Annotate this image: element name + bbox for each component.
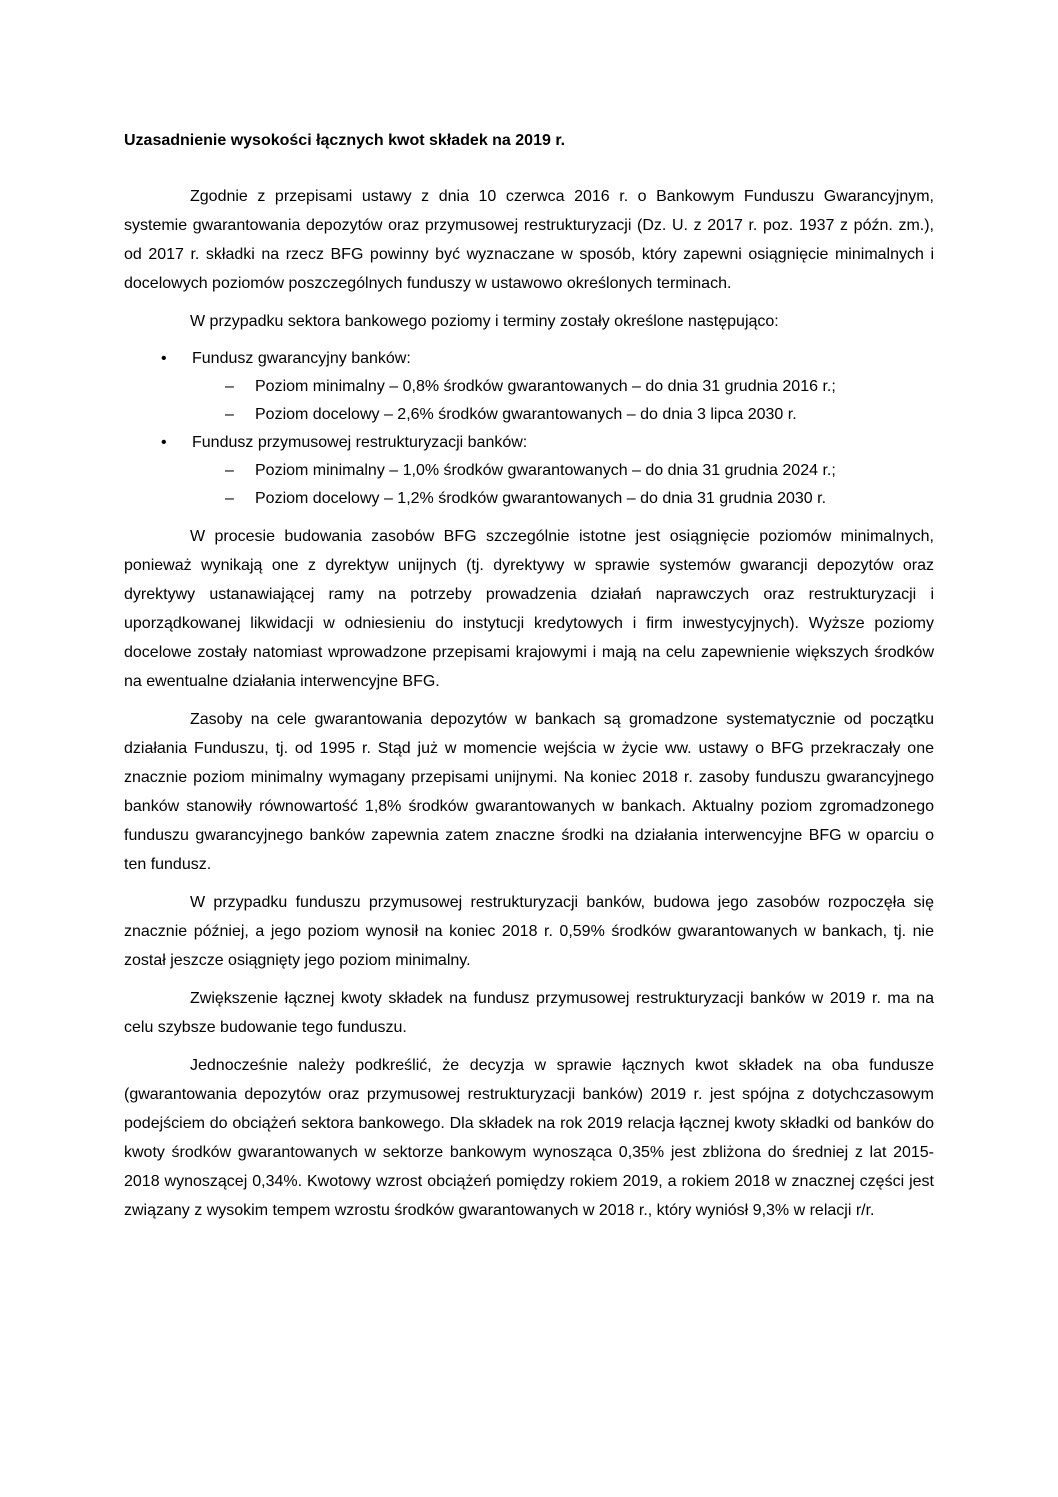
list-subitem-text: Poziom docelowy – 1,2% środków gwarantow… (255, 485, 934, 513)
document-page: Uzasadnienie wysokości łącznych kwot skł… (0, 0, 1058, 1497)
dash-icon: – (225, 373, 255, 401)
bullet-icon: • (161, 429, 192, 457)
list-item-label: Fundusz gwarancyjny banków: (192, 345, 934, 373)
list-item-label: Fundusz przymusowej restrukturyzacji ban… (192, 429, 934, 457)
paragraph-levels-intro: W przypadku sektora bankowego poziomy i … (124, 307, 934, 336)
list-subitem-text: Poziom docelowy – 2,6% środków gwarantow… (255, 401, 934, 429)
list-subitem-text: Poziom minimalny – 0,8% środków gwaranto… (255, 373, 934, 401)
list-subitem-restructuring-target: – Poziom docelowy – 1,2% środków gwarant… (124, 485, 934, 513)
paragraph-intro: Zgodnie z przepisami ustawy z dnia 10 cz… (124, 182, 934, 298)
list-subitem-text: Poziom minimalny – 1,0% środków gwaranto… (255, 457, 934, 485)
paragraph-conclusion: Jednocześnie należy podkreślić, że decyz… (124, 1051, 934, 1225)
paragraph-increase: Zwiększenie łącznej kwoty składek na fun… (124, 984, 934, 1042)
list-subitem-restructuring-min: – Poziom minimalny – 1,0% środków gwaran… (124, 457, 934, 485)
paragraph-resources: Zasoby na cele gwarantowania depozytów w… (124, 705, 934, 879)
document-title: Uzasadnienie wysokości łącznych kwot skł… (124, 126, 934, 155)
dash-icon: – (225, 457, 255, 485)
dash-icon: – (225, 485, 255, 513)
paragraph-process: W procesie budowania zasobów BFG szczegó… (124, 522, 934, 696)
list-subitem-guarantee-min: – Poziom minimalny – 0,8% środków gwaran… (124, 373, 934, 401)
list-subitem-guarantee-target: – Poziom docelowy – 2,6% środków gwarant… (124, 401, 934, 429)
dash-icon: – (225, 401, 255, 429)
paragraph-restructuring-fund: W przypadku funduszu przymusowej restruk… (124, 888, 934, 975)
list-item-guarantee-fund: • Fundusz gwarancyjny banków: (124, 345, 934, 373)
bullet-icon: • (161, 345, 192, 373)
funds-bullet-list: • Fundusz gwarancyjny banków: – Poziom m… (124, 345, 934, 513)
list-item-restructuring-fund: • Fundusz przymusowej restrukturyzacji b… (124, 429, 934, 457)
